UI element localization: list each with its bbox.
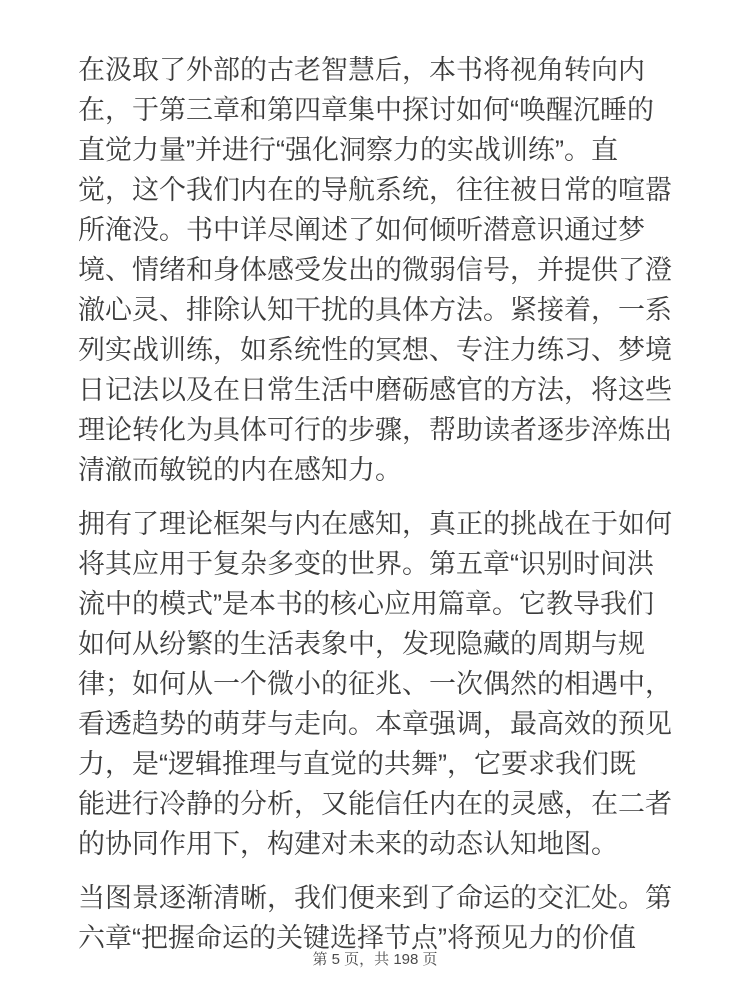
page-number-indicator: 第 5 页，共 198 页 (0, 950, 750, 970)
page-content: 在汲取了外部的古老智慧后，本书将视角转向内 在，于第三章和第四章集中探讨如何“唤… (78, 50, 718, 972)
document-page: 在汲取了外部的古老智慧后，本书将视角转向内 在，于第三章和第四章集中探讨如何“唤… (0, 0, 750, 1000)
paragraph-2: 拥有了理论框架与内在感知，真正的挑战在于如何 将其应用于复杂多变的世界。第五章“… (78, 504, 718, 864)
paragraph-1: 在汲取了外部的古老智慧后，本书将视角转向内 在，于第三章和第四章集中探讨如何“唤… (78, 50, 718, 490)
paragraph-3: 当图景逐渐清晰，我们便来到了命运的交汇处。第 六章“把握命运的关键选择节点”将预… (78, 878, 718, 958)
